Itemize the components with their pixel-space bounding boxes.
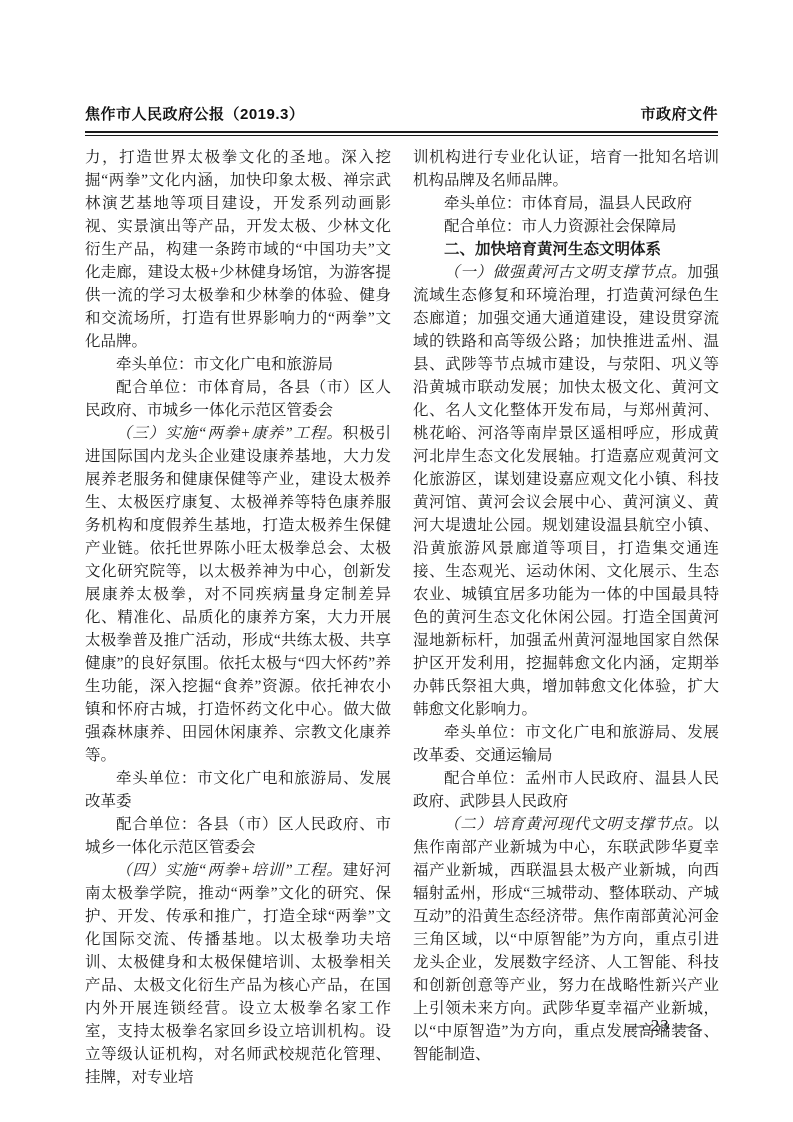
paragraph-text: 牵头单位：市文化广电和旅游局、发展改革委、交通运输局 — [413, 724, 719, 764]
paragraph-text: 二、加快培育黄河生态文明体系 — [444, 241, 661, 258]
paragraph-lead-in: （二）培育黄河现代文明支撑节点。 — [444, 816, 703, 833]
paragraph-text: 配合单位：市体育局，各县（市）区人民政府、市城乡一体化示范区管委会 — [85, 379, 391, 419]
gazette-page: 焦作市人民政府公报（2019.3） 市政府文件 力，打造世界太极拳文化的圣地。深… — [0, 0, 793, 1122]
paragraph-text: 力，打造世界太极拳文化的圣地。深入挖掘“两拳”文化内涵，加快印象太极、禅宗武林演… — [85, 149, 391, 350]
paragraph-lead-in: （一）做强黄河古文明支撑节点。 — [444, 264, 687, 281]
paragraph-text: 建好河南太极拳学院，推动“两拳”文化的研究、保护、开发、传承和推广，打造全球“两… — [85, 862, 391, 1086]
support-unit-paragraph: 配合单位：各县（市）区人民政府、市城乡一体化示范区管委会 — [85, 813, 391, 859]
paragraph-text: 配合单位：各县（市）区人民政府、市城乡一体化示范区管委会 — [85, 816, 391, 856]
body-paragraph: 训机构进行专业化认证，培育一批知名培训机构品牌及名师品牌。 — [413, 146, 719, 192]
lead-unit-paragraph: 牵头单位：市文化广电和旅游局 — [85, 353, 391, 376]
paragraph-text: 训机构进行专业化认证，培育一批知名培训机构品牌及名师品牌。 — [413, 149, 719, 189]
page-header: 焦作市人民政府公报（2019.3） 市政府文件 — [85, 103, 718, 124]
body-paragraph: 力，打造世界太极拳文化的圣地。深入挖掘“两拳”文化内涵，加快印象太极、禅宗武林演… — [85, 146, 391, 353]
paragraph-text: 牵头单位：市文化广电和旅游局、发展改革委 — [85, 770, 391, 810]
support-unit-paragraph: 配合单位：市人力资源社会保障局 — [413, 215, 719, 238]
paragraph-lead-in: （四）实施“两拳+培训”工程。 — [116, 862, 343, 879]
paragraph-text: 配合单位：孟州市人民政府、温县人民政府、武陟县人民政府 — [413, 770, 719, 810]
body-paragraph: （一）做强黄河古文明支撑节点。加强流域生态修复和环境治理，打造黄河绿色生态廊道；… — [413, 261, 719, 721]
paragraph-text: 牵头单位：市文化广电和旅游局 — [116, 356, 333, 373]
lead-unit-paragraph: 牵头单位：市文化广电和旅游局、发展改革委、交通运输局 — [413, 721, 719, 767]
right-column: 训机构进行专业化认证，培育一批知名培训机构品牌及名师品牌。牵头单位：市体育局，温… — [413, 146, 719, 1089]
header-rule — [85, 131, 718, 136]
support-unit-paragraph: 配合单位：孟州市人民政府、温县人民政府、武陟县人民政府 — [413, 767, 719, 813]
support-unit-paragraph: 配合单位：市体育局，各县（市）区人民政府、市城乡一体化示范区管委会 — [85, 376, 391, 422]
lead-unit-paragraph: 牵头单位：市体育局，温县人民政府 — [413, 192, 719, 215]
page-number: — 23 — — [628, 1016, 694, 1036]
document-category: 市政府文件 — [640, 103, 718, 124]
text-columns: 力，打造世界太极拳文化的圣地。深入挖掘“两拳”文化内涵，加快印象太极、禅宗武林演… — [85, 146, 719, 1089]
section-heading: 二、加快培育黄河生态文明体系 — [413, 238, 719, 261]
left-column: 力，打造世界太极拳文化的圣地。深入挖掘“两拳”文化内涵，加快印象太极、禅宗武林演… — [85, 146, 391, 1089]
paragraph-lead-in: （三）实施“两拳+康养”工程。 — [116, 425, 343, 442]
body-paragraph: （三）实施“两拳+康养”工程。积极引进国际国内龙头企业建设康养基地，大力发展养老… — [85, 422, 391, 767]
lead-unit-paragraph: 牵头单位：市文化广电和旅游局、发展改革委 — [85, 767, 391, 813]
body-paragraph: （四）实施“两拳+培训”工程。建好河南太极拳学院，推动“两拳”文化的研究、保护、… — [85, 859, 391, 1089]
paragraph-text: 积极引进国际国内龙头企业建设康养基地，大力发展养老服务和健康保健等产业，建设太极… — [85, 425, 391, 764]
paragraph-text: 配合单位：市人力资源社会保障局 — [444, 218, 677, 235]
paragraph-text: 加强流域生态修复和环境治理，打造黄河绿色生态廊道；加强交通大通道建设，建设贯穿流… — [413, 264, 719, 718]
gazette-title: 焦作市人民政府公报（2019.3） — [85, 103, 304, 124]
paragraph-text: 牵头单位：市体育局，温县人民政府 — [444, 195, 692, 212]
